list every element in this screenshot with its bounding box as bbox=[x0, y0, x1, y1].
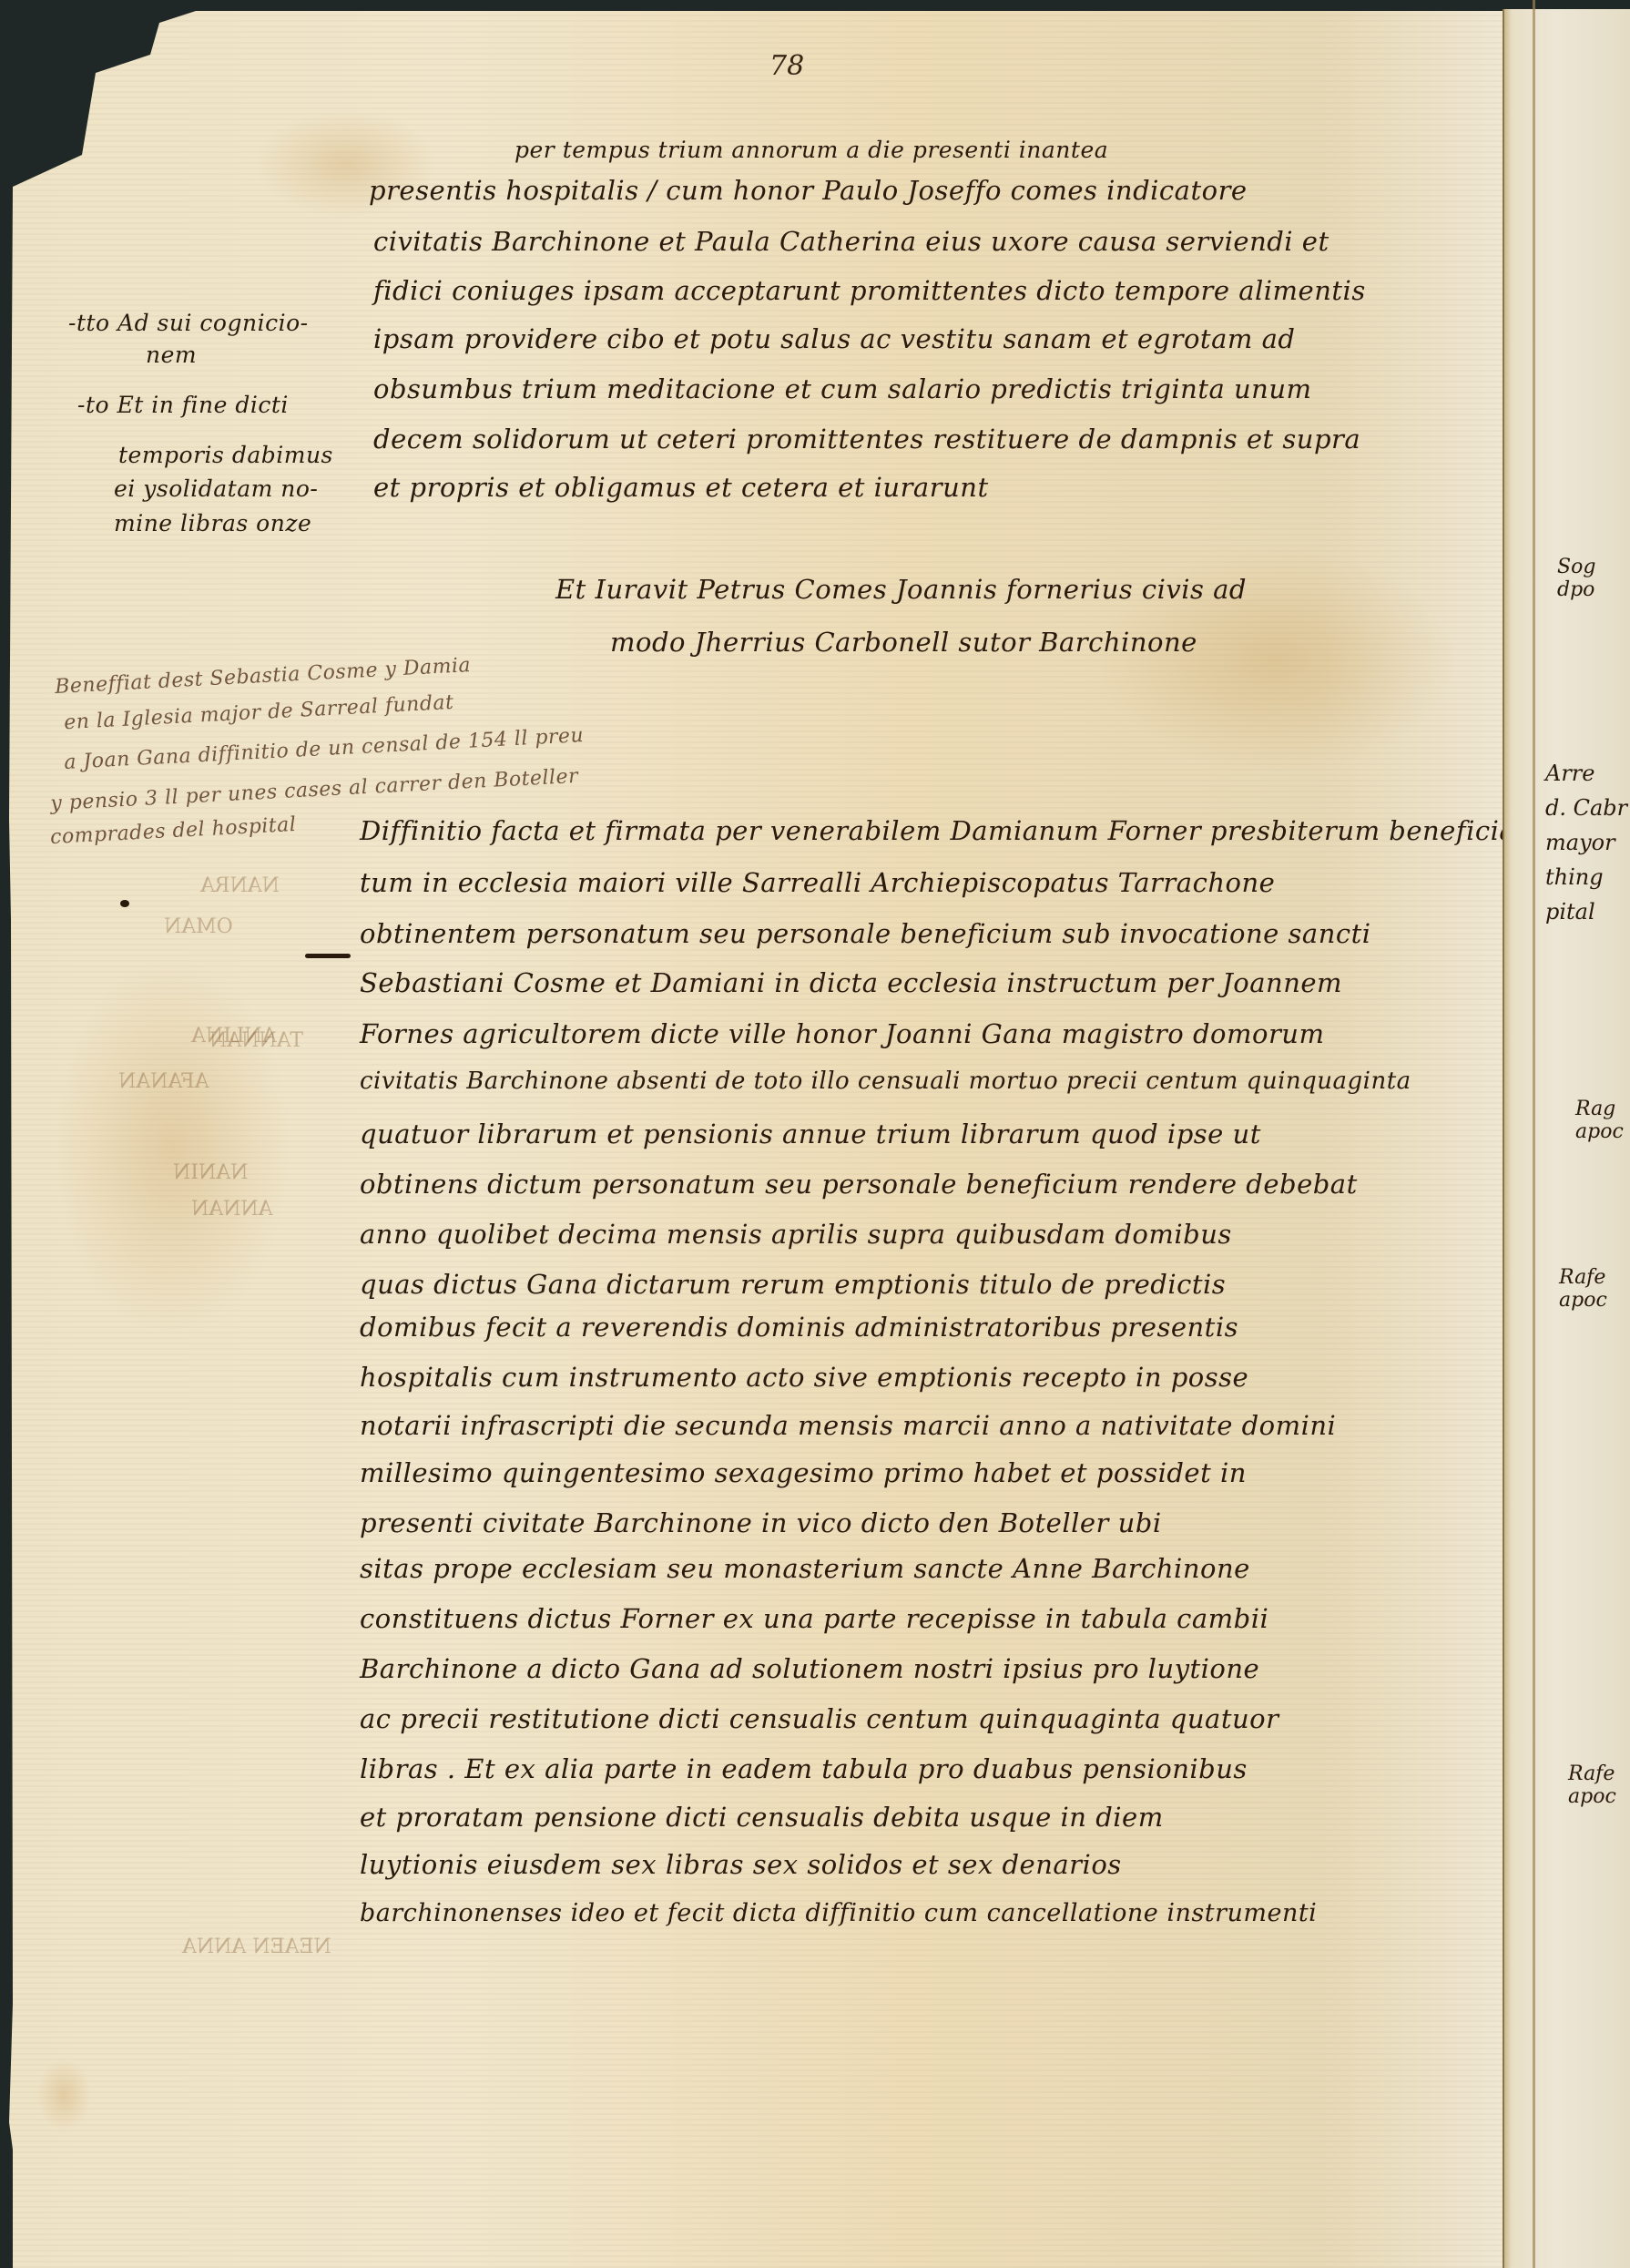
note-line: apoc bbox=[1575, 1120, 1624, 1143]
text-line: civitatis Barchinone absenti de toto ill… bbox=[360, 1068, 1411, 1095]
margin-note-line: y pensio 3 ll per unes cases al carrer d… bbox=[50, 765, 579, 815]
margin-note-line: a Joan Gana diffinitio de un censal de 1… bbox=[64, 724, 585, 774]
text-line: et propris et obligamus et cetera et iur… bbox=[373, 472, 989, 503]
margin-note-line: comprades del hospital bbox=[50, 813, 297, 849]
ink-dot-mark bbox=[120, 900, 129, 907]
margin-note-line: -to Et in fine dicti bbox=[77, 392, 289, 418]
text-line: luytionis eiusdem sex libras sex solidos… bbox=[360, 1849, 1122, 1880]
ink-dash-mark bbox=[305, 954, 351, 958]
text-line: barchinonenses ideo et fecit dicta diffi… bbox=[360, 1899, 1317, 1927]
text-line: civitatis Barchinone et Paula Catherina … bbox=[373, 226, 1329, 257]
text-line: domibus fecit a reverendis dominis admin… bbox=[360, 1312, 1238, 1343]
margin-note-line: mine libras onze bbox=[114, 510, 311, 536]
text-line: quatuor librarum et pensionis annue triu… bbox=[360, 1119, 1261, 1149]
text-line: constituens dictus Forner ex una parte r… bbox=[360, 1603, 1268, 1634]
text-line: Diffinitio facta et firmata per venerabi… bbox=[360, 815, 1524, 846]
note-line: apoc bbox=[1568, 1785, 1616, 1808]
note-line: thing bbox=[1545, 860, 1627, 894]
bleed-through-text: NEAEN ANNA bbox=[182, 1936, 331, 1958]
adjacent-margin-note: Rafe apoc bbox=[1568, 1762, 1616, 1808]
adjacent-page-edge: Sog dpo Arre d. Cabr mayor thing pital R… bbox=[1503, 9, 1630, 2268]
text-line: decem solidorum ut ceteri promittentes r… bbox=[373, 424, 1360, 455]
note-line: Arre bbox=[1545, 756, 1627, 791]
manuscript-page: NANRA OMAN ANLINA TANNAN AFANAN NANIN AN… bbox=[0, 0, 1503, 2268]
note-line: Rafe bbox=[1559, 1266, 1607, 1289]
margin-note-line: -tto Ad sui cognicio- bbox=[68, 310, 309, 336]
text-line: presenti civitate Barchinone in vico dic… bbox=[360, 1507, 1162, 1538]
note-line: mayor bbox=[1545, 825, 1627, 860]
text-line: fidici coniuges ipsam acceptarunt promit… bbox=[373, 275, 1366, 306]
text-line: libras . Et ex alia parte in eadem tabul… bbox=[360, 1753, 1248, 1784]
text-line: modo Jherrius Carbonell sutor Barchinone bbox=[610, 627, 1197, 658]
text-line: Sebastiani Cosme et Damiani in dicta ecc… bbox=[360, 967, 1342, 998]
bleed-through-text: AFANAN bbox=[118, 1070, 209, 1093]
text-line: sitas prope ecclesiam seu monasterium sa… bbox=[360, 1553, 1250, 1584]
adjacent-margin-note: Sog dpo bbox=[1557, 556, 1595, 601]
bleed-through-text: NANIN bbox=[173, 1161, 248, 1184]
interlinear-line: per tempus trium annorum a die presenti … bbox=[514, 137, 1108, 163]
text-line: ac precii restitutione dicti censualis c… bbox=[360, 1703, 1279, 1734]
bleed-through-text: OMAN bbox=[164, 915, 233, 938]
text-line: millesimo quingentesimo sexagesimo primo… bbox=[360, 1457, 1247, 1488]
margin-note-line: nem bbox=[146, 342, 197, 368]
text-line: quas dictus Gana dictarum rerum emptioni… bbox=[360, 1269, 1226, 1300]
note-line: Rag bbox=[1575, 1098, 1624, 1120]
text-line: tum in ecclesia maiori ville Sarrealli A… bbox=[360, 867, 1275, 898]
text-line: presentis hospitalis / cum honor Paulo J… bbox=[369, 175, 1248, 206]
water-stain bbox=[55, 956, 291, 1339]
margin-note-line: Beneffiat dest Sebastia Cosme y Damia bbox=[55, 654, 472, 699]
note-line: Sog bbox=[1557, 556, 1595, 578]
note-line: Rafe bbox=[1568, 1762, 1616, 1785]
note-line: pital bbox=[1545, 894, 1627, 929]
text-line: obtinens dictum personatum seu personale… bbox=[360, 1169, 1358, 1200]
text-line: obsumbus trium meditacione et cum salari… bbox=[373, 373, 1312, 404]
folio-number: 78 bbox=[769, 50, 804, 82]
book-spine-fold bbox=[1533, 0, 1535, 2268]
bleed-through-text: NANRA bbox=[200, 874, 280, 897]
margin-note-line: temporis dabimus bbox=[118, 442, 333, 468]
adjacent-margin-note: Rag apoc bbox=[1575, 1098, 1624, 1143]
text-line: notarii infrascripti die secunda mensis … bbox=[360, 1410, 1336, 1441]
bleed-through-text: TANNAN bbox=[209, 1029, 303, 1052]
text-line: hospitalis cum instrumento acto sive emp… bbox=[360, 1362, 1248, 1393]
note-line: d. Cabr bbox=[1545, 791, 1627, 825]
note-line: apoc bbox=[1559, 1289, 1607, 1312]
adjacent-margin-note: Arre d. Cabr mayor thing pital bbox=[1545, 756, 1627, 929]
margin-note-line: en la Iglesia major de Sarreal fundat bbox=[64, 691, 454, 734]
text-line: et proratam pensione dicti censualis deb… bbox=[360, 1802, 1164, 1833]
text-line: Fornes agricultorem dicte ville honor Jo… bbox=[360, 1018, 1324, 1049]
adjacent-margin-note: Rafe apoc bbox=[1559, 1266, 1607, 1312]
text-line: Barchinone a dicto Gana ad solutionem no… bbox=[360, 1653, 1259, 1684]
text-line: Et Iuravit Petrus Comes Joannis forneriu… bbox=[555, 574, 1247, 605]
text-line: obtinentem personatum seu personale bene… bbox=[360, 918, 1371, 949]
water-stain bbox=[36, 2059, 91, 2131]
margin-note-line: ei ysolidatam no- bbox=[114, 475, 318, 502]
text-line: anno quolibet decima mensis aprilis supr… bbox=[360, 1219, 1232, 1250]
bleed-through-text: ANNAN bbox=[191, 1198, 273, 1221]
text-line: ipsam providere cibo et potu salus ac ve… bbox=[373, 323, 1295, 354]
note-line: dpo bbox=[1557, 578, 1595, 601]
